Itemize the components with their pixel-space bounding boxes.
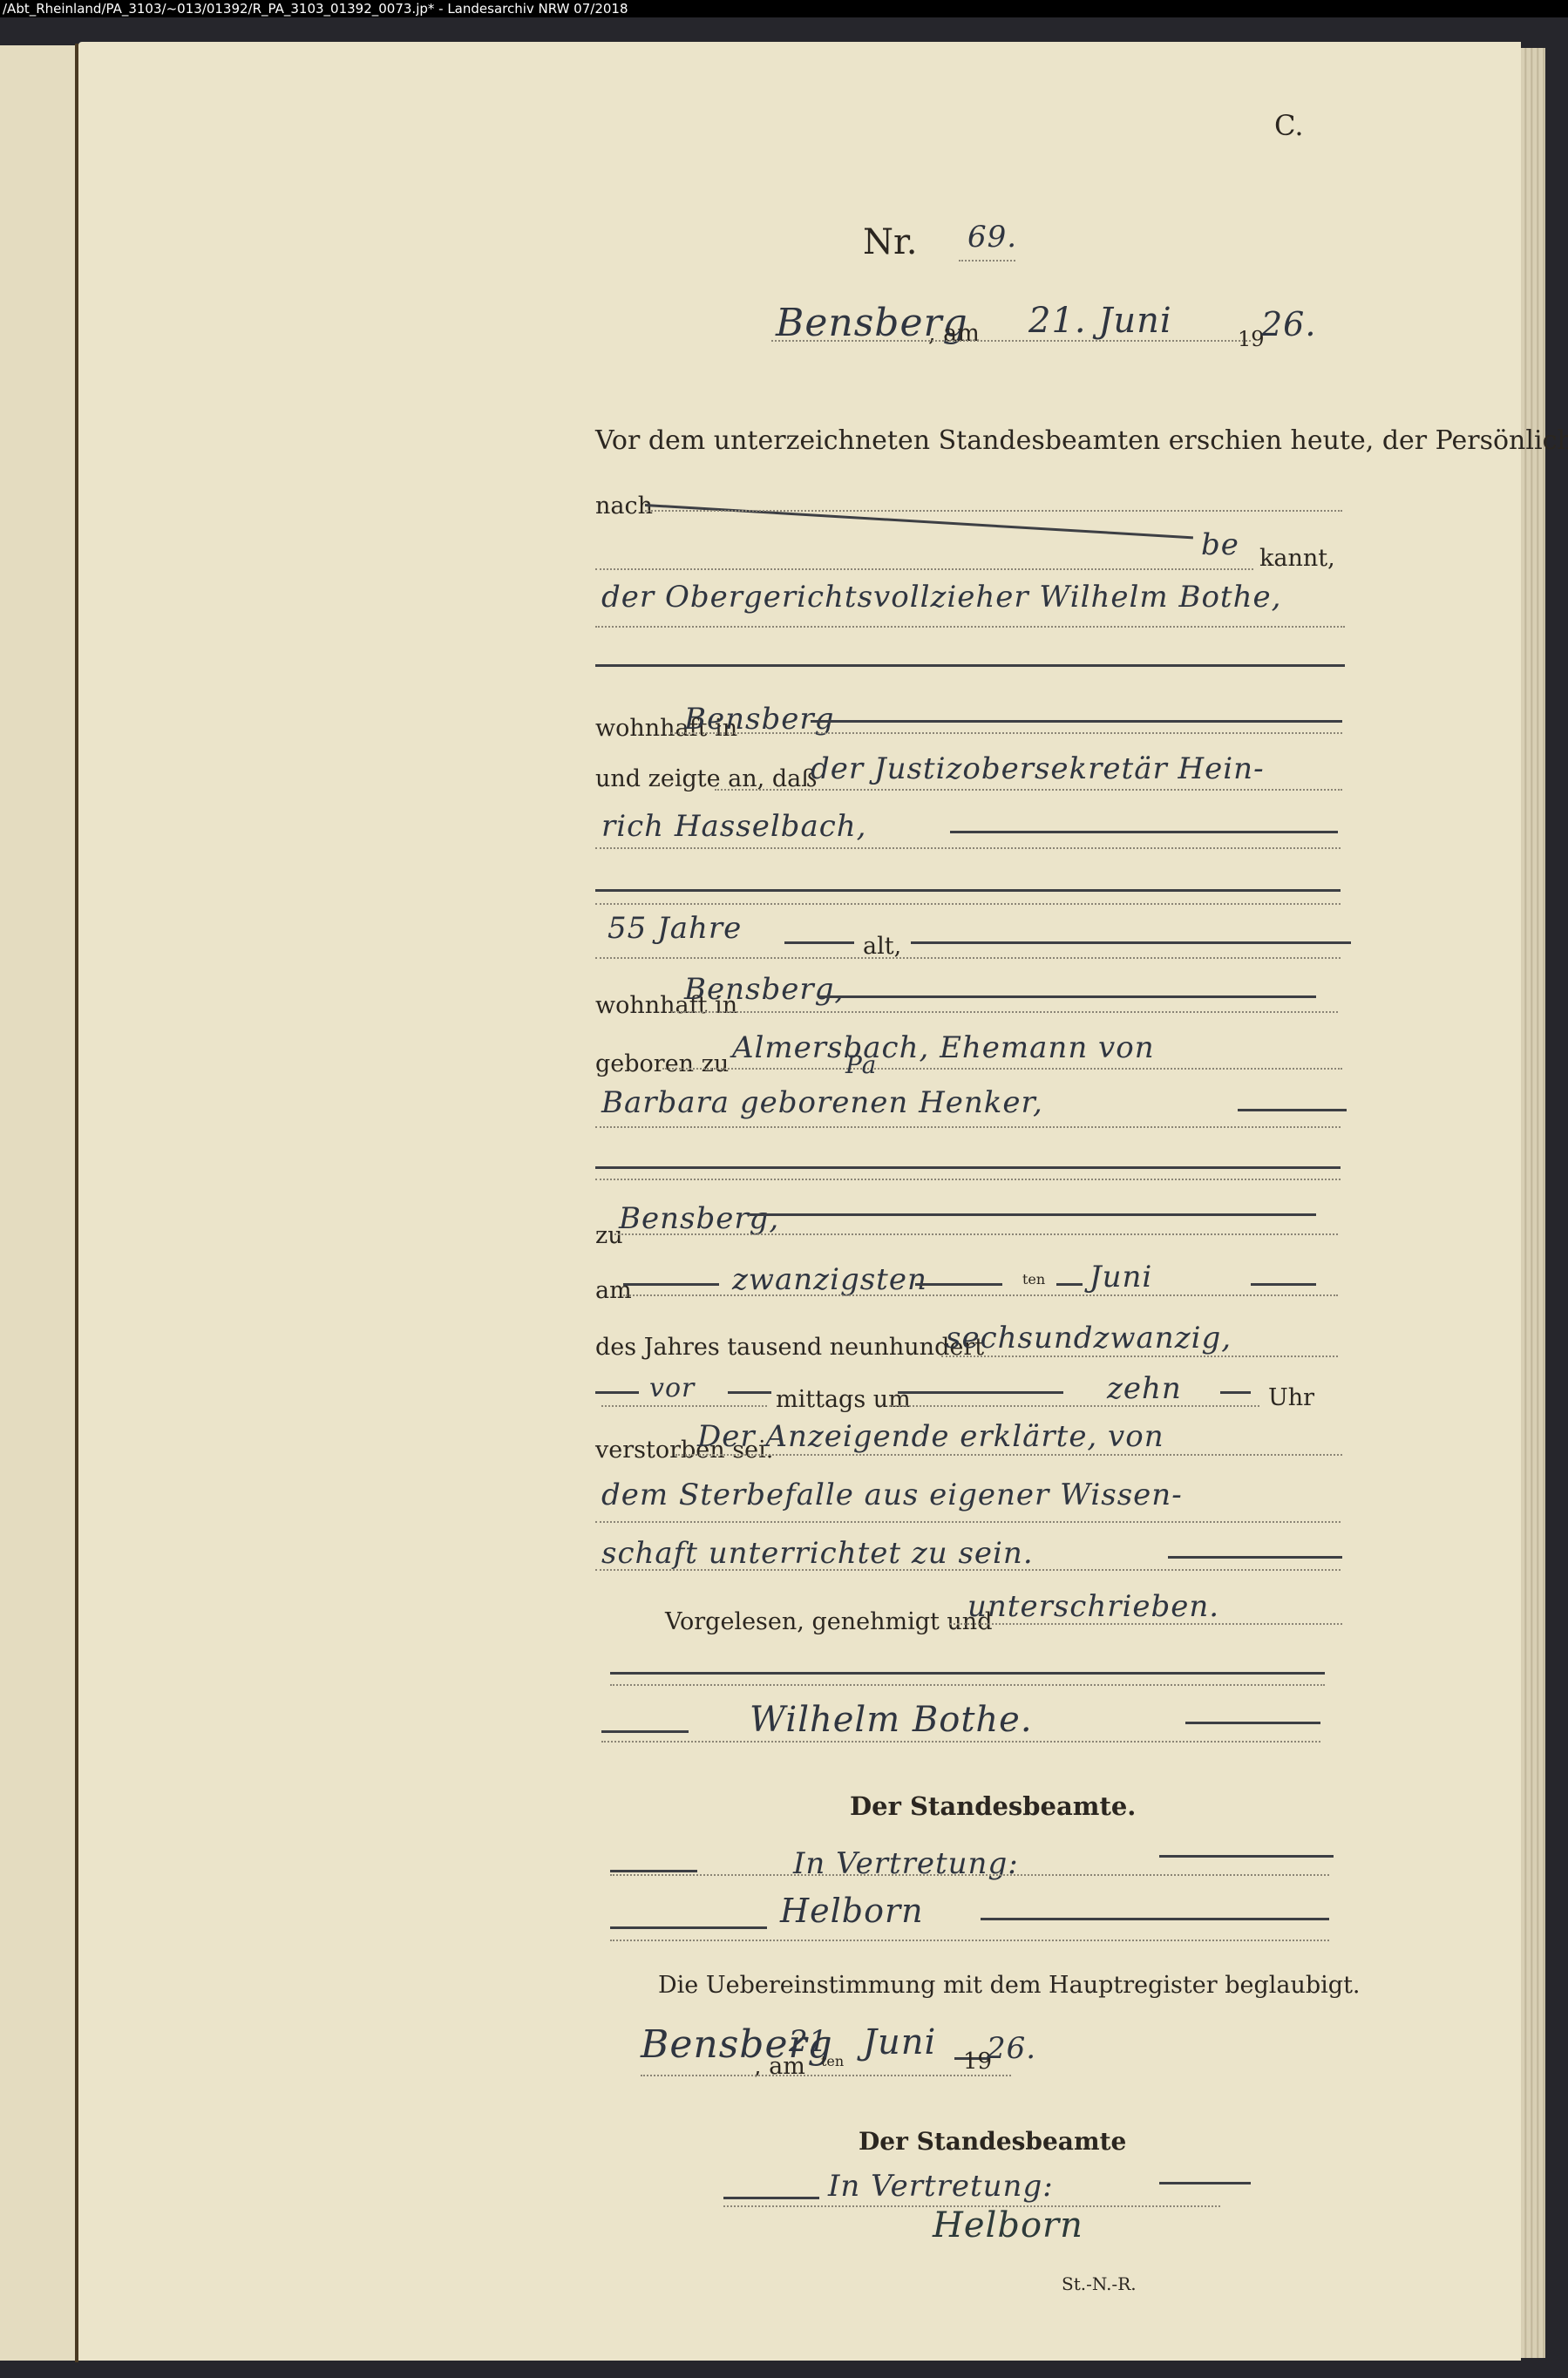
certification-month: Juni bbox=[863, 2022, 936, 2062]
vorgelesen-label: Vorgelesen, genehmigt und bbox=[665, 1608, 992, 1635]
deceased-rule bbox=[950, 831, 1338, 833]
hour-value: zehn bbox=[1107, 1371, 1182, 1406]
informant-value: der Obergerichtsvollzieher Wilhelm Bothe… bbox=[601, 580, 1281, 615]
bekannt-label: kannt, bbox=[1259, 545, 1335, 572]
wohnhaft-dotline-2 bbox=[671, 1011, 1338, 1013]
vor-rule-1 bbox=[595, 1391, 639, 1394]
official-sig-rule-1 bbox=[610, 1926, 767, 1929]
wohnhaft-value-2: Bensberg, bbox=[684, 972, 845, 1007]
geboren-dotline bbox=[662, 1068, 1342, 1070]
year-dotline bbox=[941, 1355, 1338, 1357]
window-title: /Abt_Rheinland/PA_3103/~013/01392/R_PA_3… bbox=[3, 1, 628, 17]
deceased-line-1: der Justizobersekretär Hein- bbox=[811, 751, 1265, 786]
geboren-label: geboren zu bbox=[595, 1050, 729, 1077]
statement-line-2: dem Sterbefalle aus eigener Wissen- bbox=[601, 1478, 1183, 1512]
statement-dotline-2 bbox=[595, 1521, 1341, 1523]
corner-letter: C. bbox=[1274, 109, 1304, 142]
zu-value: Bensberg, bbox=[619, 1201, 779, 1236]
blank-rule-2 bbox=[595, 1166, 1341, 1169]
am-rule-4 bbox=[1251, 1283, 1316, 1286]
blank-dotline-3 bbox=[610, 1684, 1325, 1686]
informant-dotline bbox=[595, 626, 1345, 628]
am-rule-2 bbox=[915, 1283, 1002, 1286]
vorgelesen-dotline bbox=[950, 1623, 1342, 1625]
left-page-strip bbox=[0, 45, 75, 2361]
statement-dotline-1 bbox=[675, 1454, 1342, 1456]
certification-title: Der Standesbeamte bbox=[859, 2127, 1126, 2156]
deceased-line-2: rich Hasselbach, bbox=[601, 809, 866, 844]
intro-text: Vor dem unterzeichneten Standesbeamten e… bbox=[595, 425, 1568, 456]
date-value: 21. Juni bbox=[1028, 301, 1172, 341]
year-value: sechsundzwanzig, bbox=[946, 1321, 1232, 1355]
blank-rule-1 bbox=[595, 889, 1341, 892]
bekannt-hand: be bbox=[1201, 527, 1239, 562]
year-prefix: 19 bbox=[1238, 327, 1265, 351]
official-signature: Helborn bbox=[780, 1892, 924, 1930]
zeigte-dotline bbox=[715, 789, 1342, 791]
hour-rule bbox=[1220, 1391, 1251, 1394]
wohnhaft-rule-2 bbox=[819, 995, 1316, 998]
register-page bbox=[78, 42, 1521, 2361]
zu-rule bbox=[750, 1213, 1316, 1216]
certification-deputy-rule-1 bbox=[723, 2197, 819, 2199]
ten-label: ten bbox=[1022, 1271, 1045, 1288]
year-label: des Jahres tausend neunhundert bbox=[595, 1334, 984, 1361]
bekannt-dotline bbox=[595, 568, 1253, 570]
spouse-rule bbox=[1238, 1109, 1347, 1111]
page-edges bbox=[1521, 48, 1545, 2358]
age-rule bbox=[784, 941, 854, 944]
zu-dotline bbox=[614, 1233, 1338, 1235]
am-day-label: am bbox=[595, 1277, 632, 1304]
deputy-rule-2 bbox=[1159, 1855, 1334, 1858]
number-value: 69. bbox=[967, 220, 1017, 255]
certification-year-suffix: 26. bbox=[987, 2031, 1036, 2066]
day-value: zwanzigsten bbox=[732, 1262, 927, 1297]
spouse-value: Barbara geborenen Henker, bbox=[601, 1085, 1043, 1120]
certification-ten: ten bbox=[821, 2053, 844, 2069]
mittags-rule bbox=[898, 1391, 1063, 1394]
age-rule-2 bbox=[911, 941, 1351, 944]
official-title: Der Standesbeamte. bbox=[850, 1791, 1136, 1821]
geboren-value: Almersbach, Ehemann von bbox=[732, 1030, 1155, 1065]
informant-rule bbox=[595, 664, 1345, 667]
statement-line-3: schaft unterrichtet zu sein. bbox=[601, 1536, 1034, 1571]
certification-deputy: In Vertretung: bbox=[828, 2169, 1054, 2204]
blank-dotline-1 bbox=[595, 903, 1341, 905]
vor-rule-2 bbox=[728, 1391, 771, 1394]
mittags-dotline bbox=[889, 1405, 1259, 1407]
statement-line-1: Der Anzeigende erklärte, von bbox=[697, 1419, 1164, 1454]
certification-deputy-rule-2 bbox=[1159, 2182, 1251, 2184]
am-rule-1 bbox=[623, 1283, 719, 1286]
mittags-label: mittags um bbox=[776, 1386, 911, 1413]
am-dotline bbox=[623, 1294, 1338, 1296]
blank-dotline-2 bbox=[595, 1179, 1341, 1180]
year-suffix: 26. bbox=[1261, 305, 1316, 343]
wohnhaft-rule-1 bbox=[811, 720, 1342, 723]
wohnhaft-value-1: Bensberg bbox=[684, 702, 834, 737]
blank-rule-3 bbox=[610, 1672, 1325, 1675]
statement-dotline-3 bbox=[595, 1569, 1341, 1571]
am-rule-3 bbox=[1056, 1283, 1083, 1286]
age-label: alt, bbox=[863, 933, 901, 960]
vor-value: vor bbox=[649, 1373, 695, 1403]
number-label: Nr. bbox=[863, 222, 917, 262]
vor-dotline bbox=[601, 1405, 767, 1407]
window-title-bar: /Abt_Rheinland/PA_3103/~013/01392/R_PA_3… bbox=[0, 0, 1568, 17]
deputy-dotline bbox=[610, 1874, 1329, 1876]
signature-rule-1 bbox=[601, 1730, 689, 1733]
am-label: , am bbox=[928, 320, 980, 347]
age-value: 55 Jahre bbox=[608, 911, 742, 946]
wohnhaft-dotline-1 bbox=[671, 732, 1342, 734]
month-value: Juni bbox=[1089, 1260, 1152, 1294]
deceased-dotline bbox=[595, 847, 1341, 849]
spouse-dotline bbox=[595, 1126, 1341, 1128]
certification-signature: Helborn bbox=[933, 2205, 1083, 2246]
footer-code: St.-N.-R. bbox=[1062, 2273, 1137, 2294]
signature-rule-2 bbox=[1185, 1722, 1320, 1724]
certification-dotline bbox=[641, 2075, 1011, 2076]
certification-text: Die Uebereinstimmung mit dem Hauptregist… bbox=[658, 1972, 1361, 1999]
statement-rule bbox=[1168, 1556, 1342, 1559]
official-sig-dotline bbox=[610, 1940, 1329, 1941]
spouse-insert: Pa bbox=[845, 1050, 877, 1079]
official-sig-rule-2 bbox=[981, 1918, 1329, 1920]
signature-informant: Wilhelm Bothe. bbox=[750, 1700, 1033, 1740]
signature-dotline bbox=[601, 1741, 1320, 1743]
nach-dotline bbox=[645, 510, 1342, 512]
deputy-rule-1 bbox=[610, 1870, 697, 1872]
official-deputy: In Vertretung: bbox=[793, 1846, 1019, 1881]
vorgelesen-value: unterschrieben. bbox=[967, 1589, 1219, 1624]
uhr-label: Uhr bbox=[1268, 1384, 1314, 1411]
number-dotline bbox=[959, 260, 1015, 262]
date-dotline bbox=[771, 340, 1251, 342]
age-dotline bbox=[595, 957, 1341, 959]
